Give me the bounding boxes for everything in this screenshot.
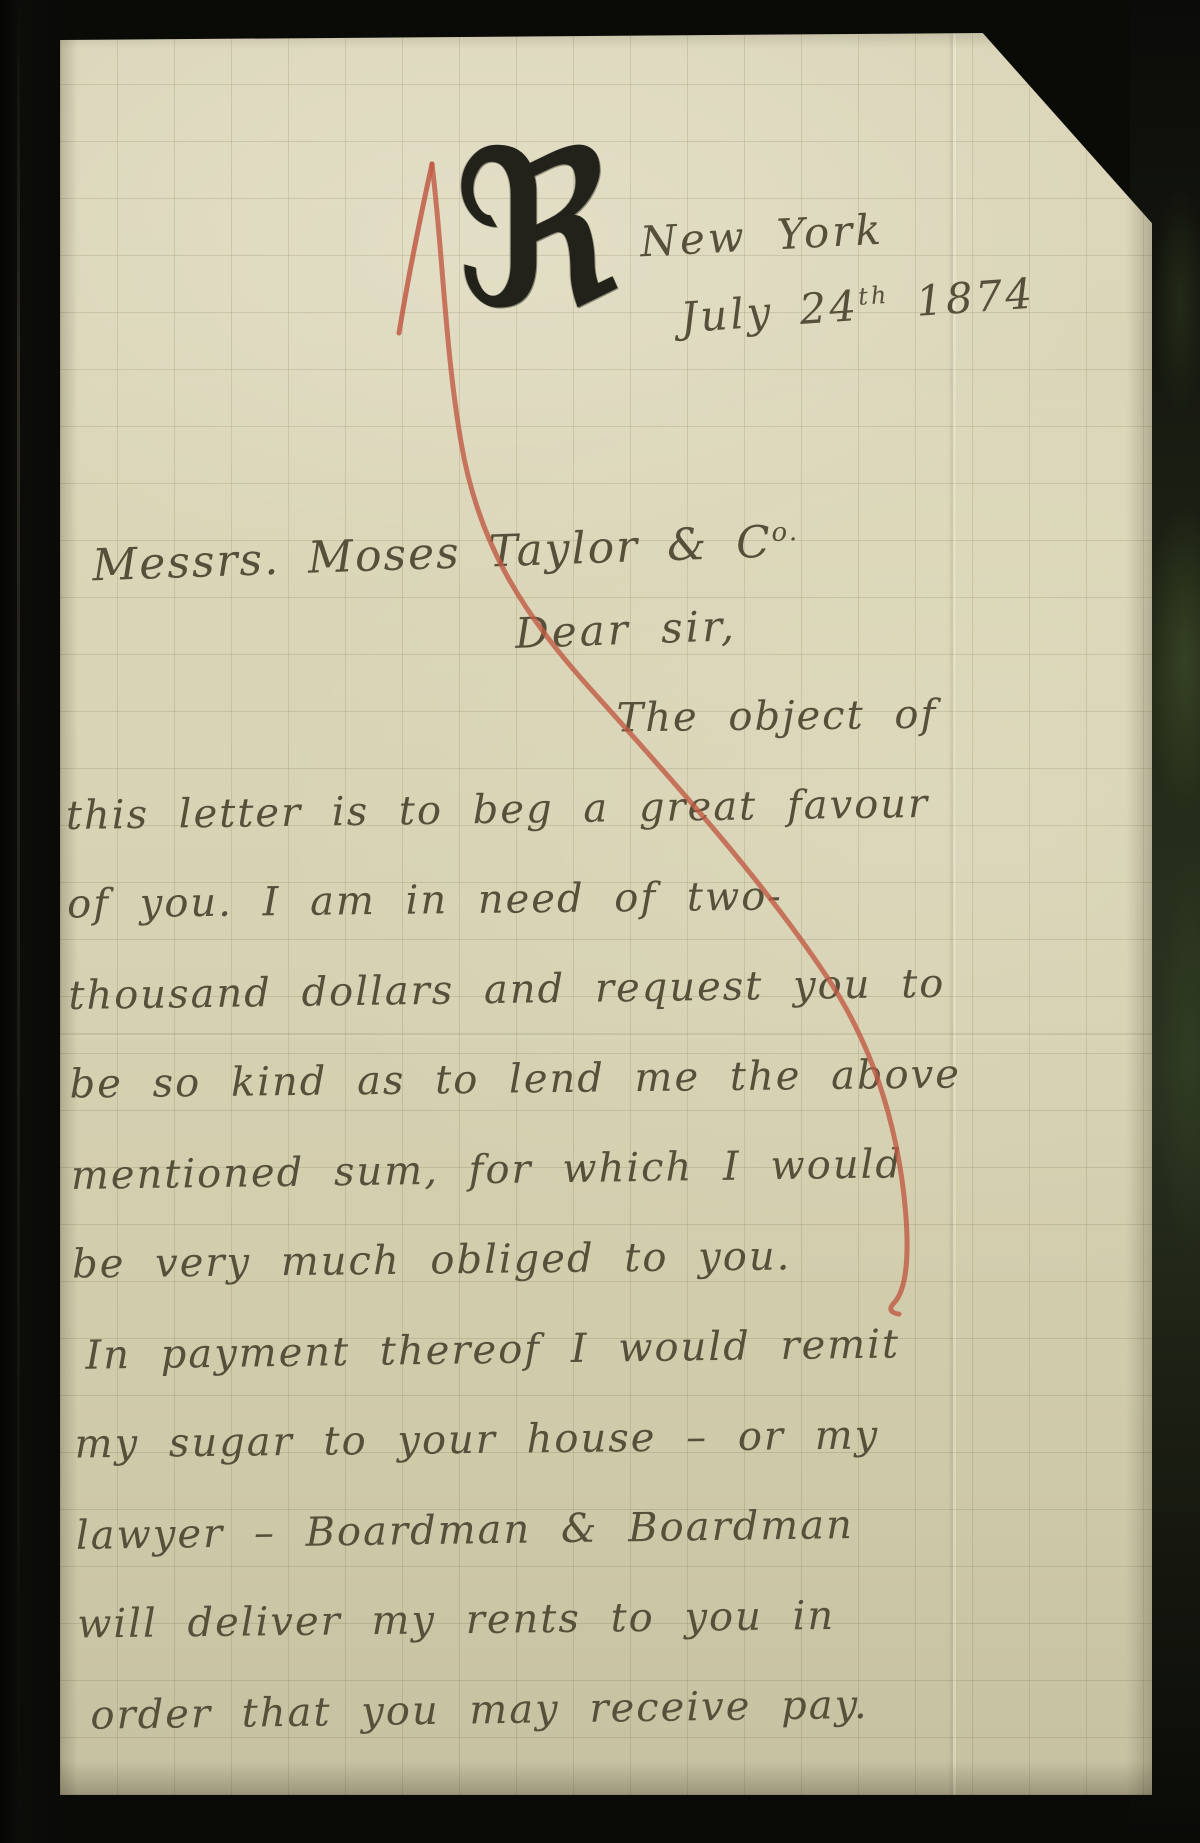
salutation-line: Dear sir, (514, 601, 737, 658)
body-line: In payment thereof I would remit (73, 1296, 1158, 1401)
album-hinge-line (17, 0, 20, 1843)
body-line: be very much obliged to you. (72, 1207, 1157, 1309)
body-line: mentioned sum, for which I would (70, 1116, 1155, 1221)
date-ordinal: th (857, 281, 890, 311)
recipient-ordinal: o. (771, 517, 799, 548)
body-line: be so kind as to lend me the above (69, 1027, 1154, 1129)
monogram-r: ℜ (453, 124, 620, 339)
body-line: The object of (64, 667, 1149, 769)
body-line: thousand dollars and request you to (68, 936, 1153, 1041)
album-left-edge (0, 0, 60, 1843)
body-line: this letter is to beg a great favour (65, 756, 1150, 861)
body-line: of you. I am in need of two- (67, 847, 1152, 949)
letter-paper: ℜ New York July 24th 1874 Messrs. Moses … (60, 33, 1152, 1795)
body-line: order that you may receive pay. (78, 1656, 1163, 1761)
body-line: my sugar to your house – or my (74, 1387, 1159, 1489)
body-line: will deliver my rents to you in (77, 1567, 1162, 1669)
body-line: lawyer – Boardman & Boardman (75, 1476, 1160, 1581)
photo-of-letter: ℜ New York July 24th 1874 Messrs. Moses … (0, 0, 1200, 1843)
letter-body: The object ofthis letter is to beg a gre… (64, 666, 1163, 1761)
date-year: 1874 (914, 269, 1036, 326)
